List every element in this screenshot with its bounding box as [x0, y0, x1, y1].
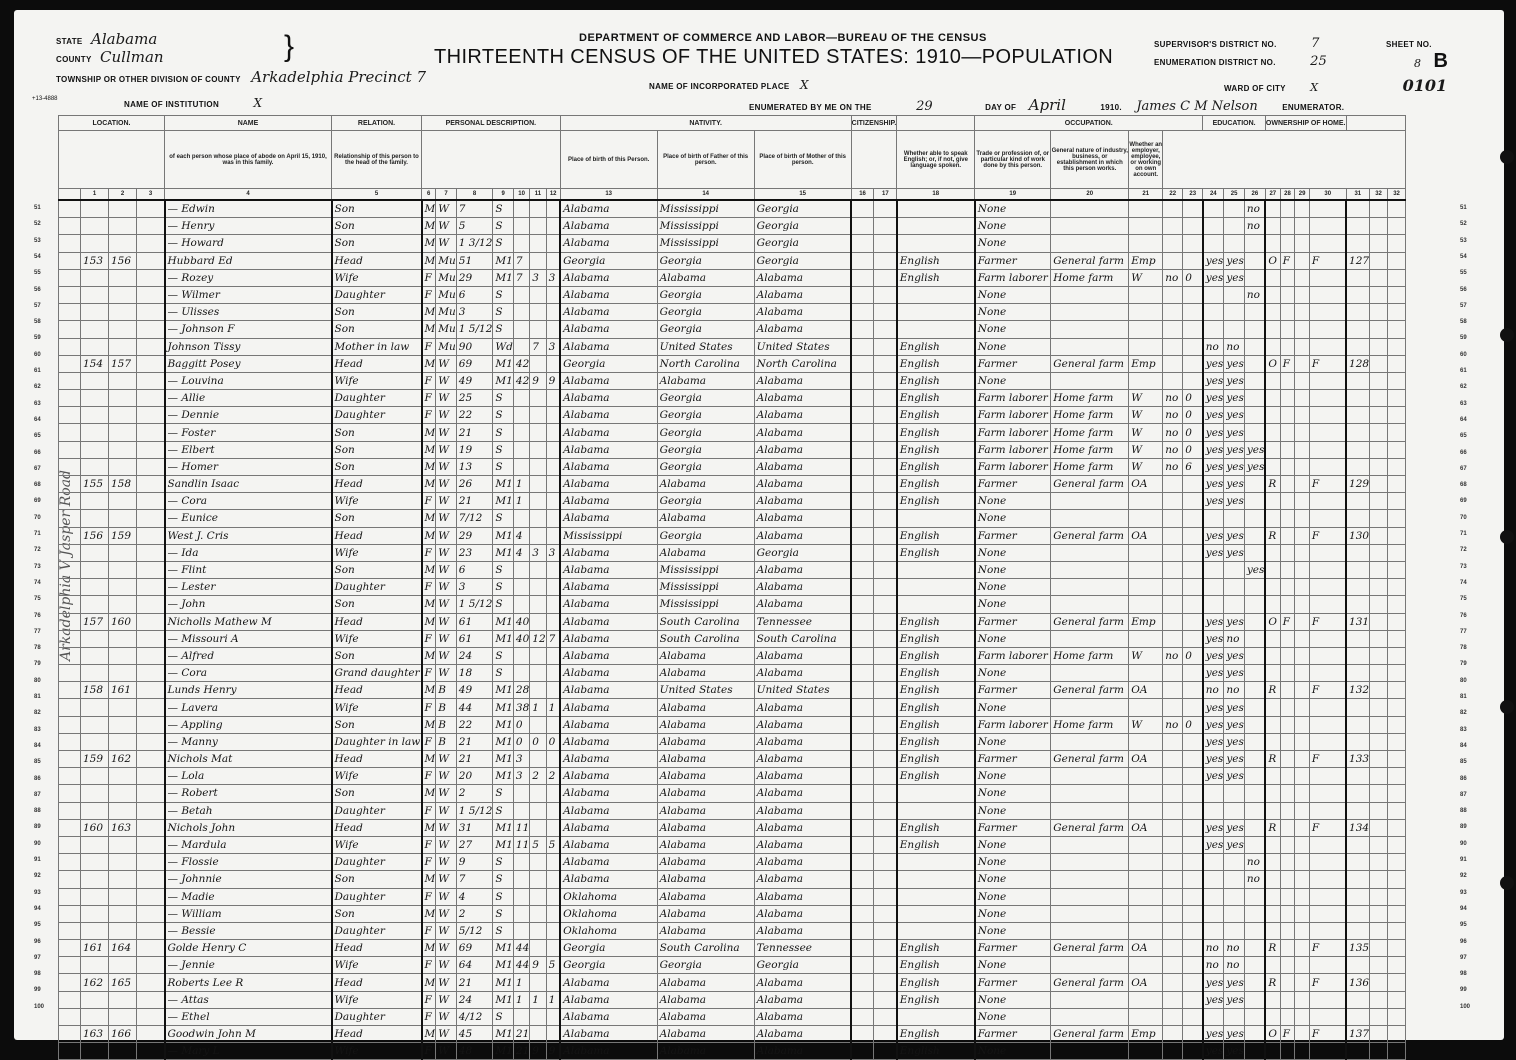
- section-citizenship: CITIZENSHIP.: [851, 116, 897, 131]
- race: Mu: [436, 252, 457, 269]
- empty-cell: [1370, 665, 1388, 682]
- family-number: [109, 905, 137, 922]
- line-number: 100: [1460, 1004, 1470, 1010]
- incorporated-label: NAME OF INCORPORATED PLACE: [649, 82, 790, 91]
- table-row: 154157Baggitt PoseyHeadMW69M142GeorgiaNo…: [59, 355, 1406, 372]
- years-married: 3: [513, 768, 529, 785]
- empty-cell: [1388, 476, 1406, 493]
- day-of-label: DAY OF: [985, 103, 1016, 112]
- age: 2: [456, 905, 493, 922]
- empty-cell: [874, 372, 897, 389]
- birthplace-father: Alabama: [657, 647, 754, 664]
- relationship: Son: [332, 200, 422, 218]
- relationship: Son: [332, 304, 422, 321]
- empty-cell: [59, 252, 81, 269]
- empty-cell: [874, 819, 897, 836]
- enumeration-value: 25: [1310, 54, 1327, 69]
- column-number: 13: [560, 189, 657, 201]
- enumerated-day: 29: [916, 99, 933, 114]
- empty-cell: [59, 390, 81, 407]
- free-or-mortgaged: F: [1280, 355, 1295, 372]
- race: W: [436, 458, 457, 475]
- trade: None: [975, 991, 1051, 1008]
- empty-cell: [874, 768, 897, 785]
- race: W: [436, 476, 457, 493]
- empty-cell: [1370, 200, 1388, 218]
- birthplace-mother: Alabama: [754, 802, 851, 819]
- can-read: [1203, 235, 1224, 252]
- attended-school: [1244, 355, 1265, 372]
- marital-status: M1: [493, 716, 514, 733]
- farm-schedule-number: [1346, 888, 1370, 905]
- relationship: Head: [332, 252, 422, 269]
- birthplace-person: Alabama: [560, 991, 657, 1008]
- years-married: 38: [513, 699, 529, 716]
- employer-status: OA: [1129, 682, 1163, 699]
- employer-status: [1129, 304, 1163, 321]
- township-value: Arkadelphia Precinct 7: [251, 68, 426, 86]
- out-of-work: [1163, 304, 1183, 321]
- age: 26: [456, 476, 493, 493]
- column-number: 32: [1388, 189, 1406, 201]
- sex: M: [422, 510, 436, 527]
- language: English: [897, 751, 975, 768]
- sex: M: [422, 819, 436, 836]
- birthplace-person: Alabama: [560, 854, 657, 871]
- language: English: [897, 699, 975, 716]
- relationship: Son: [332, 716, 422, 733]
- sex: F: [422, 579, 436, 596]
- relationship: Son: [332, 561, 422, 578]
- free-or-mortgaged: [1280, 733, 1295, 750]
- empty-cell: [137, 476, 165, 493]
- line-number: 90: [34, 841, 41, 847]
- race: W: [436, 665, 457, 682]
- can-write: no: [1224, 940, 1245, 957]
- line-number: 97: [1460, 955, 1467, 961]
- weeks-unemployed: 0: [1183, 716, 1203, 733]
- table-row: — Missouri AWifeFW61M140127AlabamaSouth …: [59, 630, 1406, 647]
- dwelling-number: [81, 888, 109, 905]
- can-read: [1203, 871, 1224, 888]
- empty-cell: [1370, 510, 1388, 527]
- weeks-unemployed: [1183, 733, 1203, 750]
- marital-status: M1: [493, 476, 514, 493]
- birthplace-person: Alabama: [560, 871, 657, 888]
- column-number: 26: [1244, 189, 1265, 201]
- table-row: — LaveraWifeFB44M13811AlabamaAlabamaAlab…: [59, 699, 1406, 716]
- language: English: [897, 372, 975, 389]
- punch-hole: [1500, 530, 1514, 544]
- empty-cell: [874, 957, 897, 974]
- empty-cell: [851, 871, 874, 888]
- birthplace-mother: Alabama: [754, 269, 851, 286]
- children-born: [530, 665, 546, 682]
- farm-or-house: F: [1309, 819, 1346, 836]
- empty-cell: [1388, 888, 1406, 905]
- race: W: [436, 974, 457, 991]
- owned-or-rented: [1265, 733, 1280, 750]
- attended-school: [1244, 424, 1265, 441]
- empty-cell: [1370, 286, 1388, 303]
- family-number: [109, 630, 137, 647]
- column-number: 4: [165, 189, 332, 201]
- person-name: — Louvina: [165, 372, 332, 389]
- empty-cell: [1370, 854, 1388, 871]
- age: 4: [456, 888, 493, 905]
- birthplace-mother: Alabama: [754, 905, 851, 922]
- trade: Farmer: [975, 974, 1051, 991]
- relationship: Son: [332, 596, 422, 613]
- empty-cell: [137, 751, 165, 768]
- farm-or-house: F: [1309, 476, 1346, 493]
- children-born: [530, 751, 546, 768]
- language: [897, 561, 975, 578]
- attended-school: [1244, 768, 1265, 785]
- line-number: 54: [1460, 254, 1467, 260]
- dwelling-number: [81, 424, 109, 441]
- birthplace-person: Alabama: [560, 596, 657, 613]
- line-number: 99: [1460, 987, 1467, 993]
- farm-or-house: [1309, 372, 1346, 389]
- out-of-work: [1163, 372, 1183, 389]
- empty-cell: [1388, 579, 1406, 596]
- empty-cell: [137, 974, 165, 991]
- empty-cell: [874, 699, 897, 716]
- empty-cell: [1295, 699, 1310, 716]
- relationship: Son: [332, 647, 422, 664]
- farm-schedule-number: [1346, 579, 1370, 596]
- birthplace-father: Georgia: [657, 527, 754, 544]
- empty-cell: [137, 716, 165, 733]
- empty-cell: [874, 441, 897, 458]
- trade: Farmer: [975, 819, 1051, 836]
- birthplace-father: Alabama: [657, 802, 754, 819]
- person-name: — Flint: [165, 561, 332, 578]
- sheet-label: SHEET NO.: [1386, 40, 1432, 49]
- empty-cell: [851, 338, 874, 355]
- trade: None: [975, 768, 1051, 785]
- section-ownership: OWNERSHIP OF HOME.: [1265, 116, 1346, 131]
- table-row: — RozeyWifeFMu29M1733AlabamaAlabamaAlaba…: [59, 269, 1406, 286]
- race: W: [436, 390, 457, 407]
- can-write: yes: [1224, 647, 1245, 664]
- relationship: Daughter: [332, 888, 422, 905]
- children-born: [530, 716, 546, 733]
- marital-status: S: [493, 424, 514, 441]
- table-row: — LouvinaWifeFW49M14299AlabamaAlabamaAla…: [59, 372, 1406, 389]
- table-row: — JohnnieSonMW7SAlabamaAlabamaAlabamaNon…: [59, 871, 1406, 888]
- years-married: 7: [513, 269, 529, 286]
- empty-cell: [874, 304, 897, 321]
- weeks-unemployed: [1183, 1008, 1203, 1025]
- empty-cell: [59, 493, 81, 510]
- children-living: [546, 458, 560, 475]
- relationship: Daughter: [332, 854, 422, 871]
- children-born: [530, 802, 546, 819]
- attended-school: [1244, 974, 1265, 991]
- farm-or-house: F: [1309, 974, 1346, 991]
- farm-schedule-number: [1346, 510, 1370, 527]
- age: 45: [456, 1026, 493, 1043]
- free-or-mortgaged: [1280, 630, 1295, 647]
- years-married: [513, 390, 529, 407]
- empty-cell: [59, 613, 81, 630]
- empty-cell: [1370, 493, 1388, 510]
- children-born: [530, 940, 546, 957]
- employer-status: [1129, 235, 1163, 252]
- person-name: — Ethel: [165, 1008, 332, 1025]
- sex: F: [422, 338, 436, 355]
- out-of-work: [1163, 802, 1183, 819]
- line-number: 82: [1460, 710, 1467, 716]
- industry: Home farm: [1051, 716, 1129, 733]
- marital-status: M1: [493, 544, 514, 561]
- sex: M: [422, 751, 436, 768]
- person-name: Nichols Mat: [165, 751, 332, 768]
- line-number: 96: [34, 939, 41, 945]
- birthplace-father: Alabama: [657, 991, 754, 1008]
- language: English: [897, 957, 975, 974]
- column-number: 30: [1309, 189, 1346, 201]
- line-number: 86: [1460, 776, 1467, 782]
- enumerated-month: April: [1029, 96, 1066, 114]
- children-living: [546, 751, 560, 768]
- employer-status: W: [1129, 390, 1163, 407]
- language: English: [897, 716, 975, 733]
- column-number: 18: [897, 189, 975, 201]
- age: 21: [456, 751, 493, 768]
- marital-status: S: [493, 441, 514, 458]
- empty-cell: [851, 940, 874, 957]
- attended-school: [1244, 922, 1265, 939]
- trade: None: [975, 579, 1051, 596]
- birthplace-mother: United States: [754, 682, 851, 699]
- marital-status: S: [493, 596, 514, 613]
- relationship: Head: [332, 940, 422, 957]
- column-number: 8: [456, 189, 493, 201]
- marital-status: M1: [493, 991, 514, 1008]
- race: W: [436, 424, 457, 441]
- birthplace-mother: Alabama: [754, 888, 851, 905]
- empty-cell: [1370, 888, 1388, 905]
- empty-cell: [1295, 1026, 1310, 1043]
- farm-or-house: [1309, 269, 1346, 286]
- race: W: [436, 819, 457, 836]
- farm-or-house: [1309, 802, 1346, 819]
- dwelling-number: [81, 510, 109, 527]
- empty-cell: [1388, 1008, 1406, 1025]
- line-number: 57: [34, 303, 41, 309]
- employer-status: OA: [1129, 751, 1163, 768]
- trade: Farmer: [975, 355, 1051, 372]
- column-number: 15: [754, 189, 851, 201]
- race: W: [436, 510, 457, 527]
- empty-cell: [1295, 510, 1310, 527]
- empty-cell: [59, 733, 81, 750]
- empty-cell: [1370, 235, 1388, 252]
- free-or-mortgaged: [1280, 579, 1295, 596]
- line-number: 97: [34, 955, 41, 961]
- trade: None: [975, 922, 1051, 939]
- weeks-unemployed: 0: [1183, 647, 1203, 664]
- empty-cell: [59, 888, 81, 905]
- line-number: 51: [1460, 205, 1467, 211]
- owned-or-rented: [1265, 647, 1280, 664]
- farm-schedule-number: [1346, 493, 1370, 510]
- trade: Farm laborer: [975, 407, 1051, 424]
- relationship: Daughter: [332, 802, 422, 819]
- can-read: no: [1203, 940, 1224, 957]
- relationship: Daughter in law: [332, 733, 422, 750]
- ward-value: X: [1310, 81, 1318, 94]
- language: English: [897, 424, 975, 441]
- attended-school: [1244, 1026, 1265, 1043]
- column-number: 11: [530, 189, 546, 201]
- children-living: [546, 854, 560, 871]
- age: 2: [456, 785, 493, 802]
- table-row: — CoraGrand daughterFW18SAlabamaAlabamaA…: [59, 665, 1406, 682]
- enumerator-label: ENUMERATOR.: [1282, 103, 1344, 112]
- weeks-unemployed: [1183, 940, 1203, 957]
- line-number: 76: [34, 613, 41, 619]
- empty-cell: [851, 235, 874, 252]
- years-married: [513, 647, 529, 664]
- children-living: [546, 390, 560, 407]
- race: W: [436, 493, 457, 510]
- industry: Home farm: [1051, 458, 1129, 475]
- column-number: 21: [1129, 189, 1163, 201]
- birthplace-father: Georgia: [657, 957, 754, 974]
- children-born: [530, 476, 546, 493]
- table-row: — IdaWifeFW23M1433AlabamaAlabamaGeorgiaE…: [59, 544, 1406, 561]
- relationship: Son: [332, 321, 422, 338]
- farm-schedule-number: [1346, 957, 1370, 974]
- free-or-mortgaged: [1280, 424, 1295, 441]
- dwelling-number: [81, 321, 109, 338]
- sex: M: [422, 613, 436, 630]
- race: W: [436, 407, 457, 424]
- empty-cell: [874, 1026, 897, 1043]
- empty-cell: [137, 819, 165, 836]
- employer-status: Emp: [1129, 355, 1163, 372]
- family-number: [109, 424, 137, 441]
- birthplace-father: Georgia: [657, 441, 754, 458]
- age: 7/12: [456, 510, 493, 527]
- relationship: Head: [332, 1026, 422, 1043]
- weeks-unemployed: [1183, 751, 1203, 768]
- empty-cell: [1370, 372, 1388, 389]
- employer-status: OA: [1129, 974, 1163, 991]
- children-living: [546, 286, 560, 303]
- employer-status: [1129, 922, 1163, 939]
- empty-cell: [1295, 613, 1310, 630]
- empty-cell: [1370, 1026, 1388, 1043]
- out-of-work: [1163, 699, 1183, 716]
- line-number: 83: [34, 727, 41, 733]
- sheet-number: 8 B: [1414, 50, 1448, 73]
- can-read: [1203, 922, 1224, 939]
- person-name: — Betah: [165, 802, 332, 819]
- birthplace-father: Georgia: [657, 252, 754, 269]
- line-number: 88: [1460, 808, 1467, 814]
- birthplace-mother: Alabama: [754, 527, 851, 544]
- race: W: [436, 596, 457, 613]
- children-living: [546, 665, 560, 682]
- farm-or-house: F: [1309, 527, 1346, 544]
- empty-cell: [851, 991, 874, 1008]
- line-number: 93: [1460, 890, 1467, 896]
- language: English: [897, 1026, 975, 1043]
- dwelling-number: 163: [81, 1026, 109, 1043]
- empty-cell: [59, 974, 81, 991]
- farm-or-house: [1309, 390, 1346, 407]
- farm-schedule-number: [1346, 905, 1370, 922]
- can-read: [1203, 785, 1224, 802]
- years-married: 44: [513, 940, 529, 957]
- employer-status: [1129, 1008, 1163, 1025]
- empty-cell: [851, 888, 874, 905]
- free-or-mortgaged: F: [1280, 252, 1295, 269]
- line-number: 80: [34, 678, 41, 684]
- out-of-work: [1163, 922, 1183, 939]
- can-read: [1203, 321, 1224, 338]
- attended-school: [1244, 819, 1265, 836]
- farm-or-house: [1309, 991, 1346, 1008]
- can-read: yes: [1203, 269, 1224, 286]
- line-number: 74: [1460, 580, 1467, 586]
- years-married: 40: [513, 630, 529, 647]
- farm-schedule-number: 134: [1346, 819, 1370, 836]
- empty-cell: [1388, 665, 1406, 682]
- dwelling-number: [81, 957, 109, 974]
- free-or-mortgaged: [1280, 699, 1295, 716]
- empty-cell: [1295, 321, 1310, 338]
- dwelling-number: [81, 218, 109, 235]
- relationship: Son: [332, 905, 422, 922]
- empty-cell: [1388, 733, 1406, 750]
- empty-cell: [1370, 476, 1388, 493]
- empty-cell: [1388, 235, 1406, 252]
- empty-cell: [1388, 218, 1406, 235]
- years-married: [513, 802, 529, 819]
- owned-or-rented: R: [1265, 819, 1280, 836]
- children-born: [530, 854, 546, 871]
- empty-cell: [1370, 974, 1388, 991]
- weeks-unemployed: 6: [1183, 458, 1203, 475]
- out-of-work: [1163, 854, 1183, 871]
- weeks-unemployed: 0: [1183, 407, 1203, 424]
- can-write: yes: [1224, 544, 1245, 561]
- language: [897, 200, 975, 218]
- empty-cell: [851, 200, 874, 218]
- person-name: — Elbert: [165, 441, 332, 458]
- table-row: 158161Lunds HenryHeadMB49M128AlabamaUnit…: [59, 682, 1406, 699]
- family-number: [109, 768, 137, 785]
- dwelling-number: [81, 854, 109, 871]
- empty-cell: [1388, 390, 1406, 407]
- line-number: 69: [34, 498, 41, 504]
- industry: [1051, 922, 1129, 939]
- birthplace-father: Georgia: [657, 407, 754, 424]
- enumeration-district-field: ENUMERATION DISTRICT NO. 25: [1154, 52, 1327, 70]
- family-number: [109, 888, 137, 905]
- sex: M: [422, 304, 436, 321]
- empty-cell: [59, 441, 81, 458]
- empty-cell: [137, 200, 165, 218]
- section-name: NAME: [165, 116, 332, 131]
- years-married: [513, 304, 529, 321]
